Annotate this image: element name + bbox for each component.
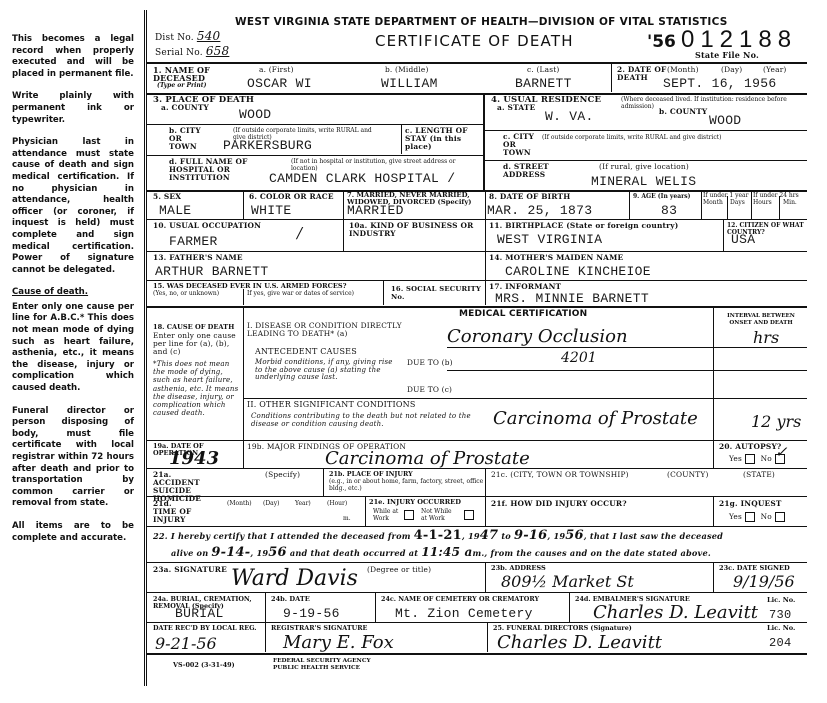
- first-name-value: OSCAR WI: [247, 76, 312, 91]
- dist-no: Dist No. 540: [155, 32, 220, 42]
- burial-date-value: 9-19-56: [283, 606, 340, 621]
- instruction-write-plainly: Write plainly with permanent ink or type…: [12, 91, 134, 126]
- residence-city-label: c. CITY OR TOWN: [503, 133, 539, 157]
- injury-day-label: (Day): [263, 500, 279, 507]
- serial-no-value: 658: [206, 44, 230, 58]
- age-month-label: Month: [703, 199, 723, 206]
- day-label: (Day): [721, 66, 742, 74]
- disease-condition-label: I. DISEASE OR CONDITION DIRECTLY LEADING…: [247, 322, 427, 338]
- attendance-statement-line1: 22. I hereby certify that I attended the…: [153, 532, 723, 540]
- operation-date-value: 1943: [169, 448, 219, 469]
- attended-to-year: 56: [565, 528, 584, 543]
- instruction-cause-heading: Cause of death.: [12, 287, 134, 299]
- hospital-value: CAMDEN CLARK HOSPITAL /: [269, 171, 455, 186]
- month-label: (Month): [667, 66, 699, 74]
- antecedent-note: Morbid conditions, if any, giving rise t…: [255, 359, 401, 382]
- date-signed-value: 9/19/56: [733, 572, 795, 591]
- funeral-director-label: 25. FUNERAL DIRECTORS (Signature): [493, 625, 632, 632]
- injury-m-label: m.: [343, 515, 351, 522]
- armed-forces-sub2: If yes, give war or dates of service): [247, 290, 354, 297]
- middle-name-value: WILLIAM: [381, 76, 438, 91]
- funeral-director-signature: Charles D. Leavitt: [497, 632, 662, 653]
- street-note: (If rural, give location): [599, 163, 689, 171]
- autopsy-no-checkbox[interactable]: ✓: [775, 454, 785, 464]
- residence-county-label: b. COUNTY: [659, 108, 707, 116]
- injury-state-label: (STATE): [743, 471, 775, 479]
- county-label: a. COUNTY: [161, 104, 209, 112]
- antecedent-causes-label: ANTECEDENT CAUSES: [255, 348, 357, 356]
- instruction-legal-record: This becomes a legal record when properl…: [12, 34, 134, 80]
- state-label: a. STATE: [497, 104, 535, 112]
- how-injury-label: 21f. HOW DID INJURY OCCUR?: [491, 500, 627, 508]
- first-name-label: a. (First): [259, 66, 294, 74]
- mother-value: CAROLINE KINCHEIOE: [505, 264, 651, 279]
- burial-date-label: 24b. DATE: [271, 596, 310, 603]
- other-conditions-value: Carcinoma of Prostate: [493, 408, 698, 429]
- injury-hour-label: (Hour): [327, 500, 347, 507]
- date-of-death-value: SEPT. 16, 1956: [663, 76, 776, 91]
- age-min-label: Min.: [783, 199, 797, 206]
- accident-specify: (Specify): [265, 471, 300, 479]
- due-to-b-label: DUE TO (b): [407, 359, 453, 367]
- under-24-hrs-label: If under 24 hrs: [753, 192, 807, 199]
- birthplace-value: WEST VIRGINIA: [497, 232, 602, 247]
- due-to-c-label: DUE TO (c): [407, 386, 452, 394]
- place-city-value: PARKERSBURG: [223, 138, 312, 153]
- dist-no-value: 540: [197, 29, 221, 43]
- place-county-value: WOOD: [239, 107, 271, 122]
- file-year: '56: [647, 32, 676, 52]
- instructions-sidebar: This becomes a legal record when properl…: [12, 34, 134, 555]
- cause-a-value: Coronary Occlusion: [447, 326, 628, 347]
- medical-certification-heading: MEDICAL CERTIFICATION: [459, 310, 587, 318]
- file-number: 012188: [681, 26, 797, 53]
- certificate-title: CERTIFICATE OF DEATH: [375, 32, 574, 50]
- dob-value: MAR. 25, 1873: [487, 203, 592, 218]
- place-of-injury-label: 21b. PLACE OF INJURY: [329, 471, 489, 478]
- sex-label: 5. SEX: [153, 193, 181, 201]
- physician-address-value: 809½ Market St: [501, 572, 634, 591]
- inquest-no-checkbox[interactable]: [775, 512, 785, 522]
- informant-label: 17. INFORMANT: [489, 283, 561, 291]
- other-conditions-label: II. OTHER SIGNIFICANT CONDITIONS: [247, 401, 416, 409]
- dob-label: 8. DATE OF BIRTH: [489, 193, 570, 201]
- year-label: (Year): [763, 66, 787, 74]
- interval-a-value: hrs: [753, 328, 779, 347]
- date-signed-label: 23c. DATE SIGNED: [719, 565, 790, 572]
- cause-instructions: Enter only one cause per line for (a), (…: [153, 332, 241, 357]
- age-days-label: Days: [730, 199, 745, 206]
- federal-agency: FEDERAL SECURITY AGENCY: [273, 658, 371, 665]
- time-of-death-value: 11:45 a: [421, 545, 472, 559]
- embalmer-lic-value: 730: [769, 608, 792, 622]
- last-name-label: c. (Last): [527, 66, 559, 74]
- last-seen-year: 56: [268, 545, 287, 560]
- injury-month-label: (Month): [227, 500, 252, 507]
- time-of-injury-label: 21d. TIME OF INJURY: [153, 500, 193, 524]
- while-at-work-label: While at Work: [373, 508, 401, 522]
- residence-city-note: (If outside corporate limits, write RURA…: [542, 134, 721, 141]
- other-conditions-note: Conditions contributing to the death but…: [251, 412, 491, 428]
- last-name-value: BARNETT: [515, 76, 572, 91]
- embalmer-signature: Charles D. Leavitt: [593, 602, 758, 623]
- last-seen-alive-value: 9-14-: [211, 545, 250, 560]
- attended-from-value: 4-1-21: [414, 528, 462, 543]
- item1-sublabel: (Type or Print): [157, 82, 206, 89]
- cause-note: *This does not mean the mode of dying, s…: [153, 360, 241, 417]
- physician-signature: Ward Davis: [231, 566, 358, 591]
- citizen-value: USA: [731, 232, 755, 247]
- business-label: 10a. KIND OF BUSINESS OR INDUSTRY: [349, 222, 479, 238]
- age-label: 9. AGE (In years): [633, 193, 690, 200]
- item1-label: 1. NAME OF DECEASED: [153, 66, 229, 82]
- cause-of-death-label: 18. CAUSE OF DEATH: [153, 324, 234, 331]
- residence-county-value: WOOD: [709, 113, 741, 128]
- armed-forces-sub1: (Yes, no, or unknown): [153, 290, 219, 297]
- cause-b-value: 4201: [561, 350, 597, 366]
- cemetery-value: Mt. Zion Cemetery: [395, 606, 533, 621]
- disposition-value: BURIAL: [175, 606, 224, 621]
- injury-year-label: Year): [295, 500, 311, 507]
- middle-name-label: b. (Middle): [385, 66, 429, 74]
- autopsy-options: Yes No✓: [729, 454, 788, 464]
- public-health-service: PUBLIC HEALTH SERVICE: [273, 665, 360, 672]
- inquest-options: Yes No: [729, 512, 788, 522]
- item2-label: 2. DATE OF DEATH: [617, 66, 667, 82]
- occupation-label: 10. USUAL OCCUPATION: [153, 222, 261, 230]
- age-value: 83: [661, 203, 677, 218]
- social-security-label: 16. SOCIAL SECURITY No.: [391, 285, 483, 301]
- father-label: 13. FATHER'S NAME: [153, 254, 243, 262]
- form-number: VS-002 (3-31-49): [173, 662, 235, 669]
- not-while-at-work-checkbox[interactable]: [464, 510, 474, 520]
- date-received-label: DATE REC'D BY LOCAL REG.: [153, 625, 263, 632]
- instruction-cause-of-death: Enter only one cause per line for A.B.C.…: [12, 302, 134, 395]
- certificate-form: WEST VIRGINIA STATE DEPARTMENT OF HEALTH…: [144, 10, 804, 686]
- instruction-complete: All items are to be complete and accurat…: [12, 521, 134, 544]
- address-label: 23b. ADDRESS: [491, 565, 546, 572]
- instruction-funeral-director: Funeral director or person disposing of …: [12, 406, 134, 510]
- race-label: 6. COLOR OR RACE: [249, 193, 334, 201]
- other-interval-value: 12 yrs: [751, 412, 801, 431]
- inquest-label: 21g. INQUEST: [719, 500, 782, 508]
- embalmer-lic-label: Lic. No.: [767, 597, 795, 604]
- attended-to-value: 9-16: [514, 528, 547, 543]
- divider: [147, 62, 807, 64]
- informant-value: MRS. MINNIE BARNETT: [495, 291, 649, 306]
- instruction-physician: Physician last in attendance must state …: [12, 137, 134, 276]
- under-1-year-label: If under 1 year: [703, 192, 753, 199]
- hospital-note: (If not in hospital or institution, give…: [291, 158, 481, 172]
- age-hours-label: Hours: [753, 199, 772, 206]
- registrar-signature: Mary E. Fox: [283, 632, 394, 653]
- occupation-value: FARMER: [169, 234, 218, 249]
- residence-state-value: W. VA.: [545, 109, 594, 124]
- injury-county-label: (COUNTY): [667, 471, 709, 479]
- marital-value: MARRIED: [347, 203, 404, 218]
- while-at-work-checkbox[interactable]: [404, 510, 414, 520]
- injury-city-label: 21c. (CITY, TOWN OR TOWNSHIP): [491, 471, 629, 479]
- armed-forces-label: 15. WAS DECEASED EVER IN U.S. ARMED FORC…: [153, 283, 383, 290]
- funeral-director-lic-value: 204: [769, 636, 792, 650]
- place-of-injury-note: (e.g., in or about home, farm, factory, …: [329, 478, 489, 492]
- not-while-at-work-label: Not While at Work: [421, 508, 459, 522]
- street-value: MINERAL WELIS: [591, 174, 696, 189]
- cemetery-label: 24c. NAME OF CEMETERY OR CREMATORY: [381, 596, 539, 603]
- operation-findings-value: Carcinoma of Prostate: [325, 448, 530, 469]
- occupation-mark: /: [297, 224, 302, 242]
- birthplace-label: 11. BIRTHPLACE (State or foreign country…: [489, 222, 678, 230]
- street-label: d. STREET ADDRESS: [503, 163, 563, 179]
- residence-note: (Where deceased lived. If institution: r…: [621, 96, 801, 110]
- registrar-signature-label: REGISTRAR'S SIGNATURE: [271, 625, 367, 632]
- autopsy-label: 20. AUTOPSY?: [719, 443, 781, 451]
- injury-occurred-label: 21e. INJURY OCCURRED: [369, 499, 461, 506]
- attended-from-year: 47: [480, 528, 499, 543]
- length-of-stay-label: c. LENGTH OF STAY (in this place): [405, 127, 481, 151]
- autopsy-yes-checkbox[interactable]: [745, 454, 755, 464]
- date-received-value: 9-21-56: [155, 634, 217, 653]
- hospital-label: d. FULL NAME OF HOSPITAL OR INSTITUTION: [169, 158, 259, 182]
- serial-no: Serial No. 658: [155, 47, 229, 57]
- signature-label: 23a. SIGNATURE: [153, 566, 227, 574]
- degree-label: (Degree or title): [367, 566, 431, 574]
- attendance-statement-line2: alive on 9-14-, 1956 and that death occu…: [171, 548, 711, 557]
- city-label: b. CITY OR TOWN: [169, 127, 209, 151]
- state-file-label: State File No.: [695, 51, 759, 59]
- sex-value: MALE: [159, 203, 191, 218]
- interval-label: INTERVAL BETWEEN ONSET AND DEATH: [719, 313, 803, 327]
- father-value: ARTHUR BARNETT: [155, 264, 268, 279]
- mother-label: 14. MOTHER'S MAIDEN NAME: [489, 254, 623, 262]
- inquest-yes-checkbox[interactable]: [745, 512, 755, 522]
- race-value: WHITE: [251, 203, 292, 218]
- funeral-director-lic-label: Lic. No.: [767, 625, 795, 632]
